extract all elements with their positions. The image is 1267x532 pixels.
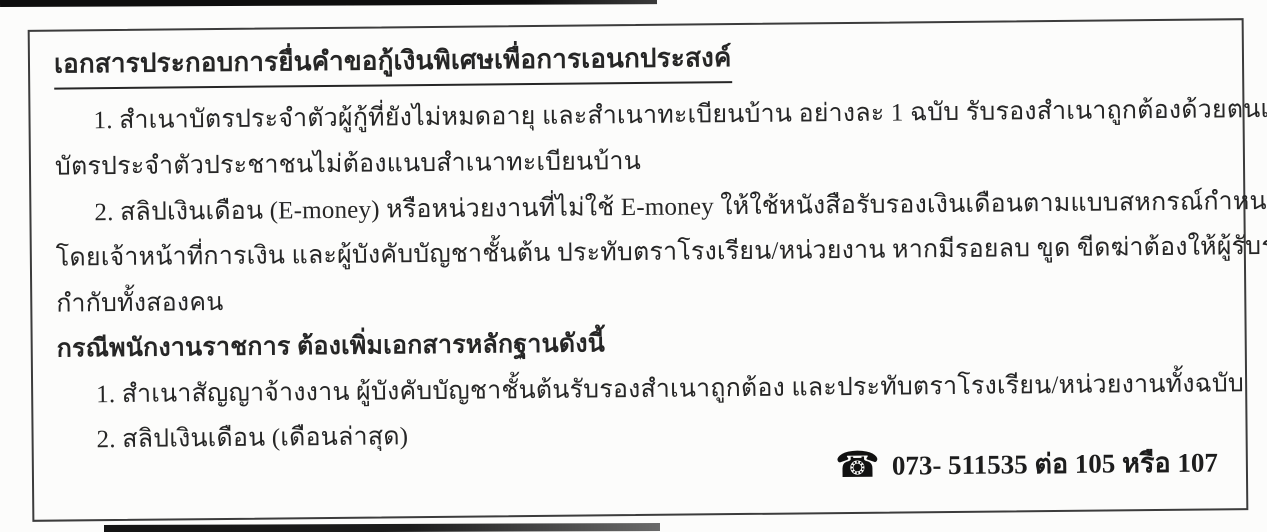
document-border-box: เอกสารประกอบการยื่นคำขอกู้เงินพิเศษเพื่อ… [28, 18, 1249, 522]
contact-phone-number: 073- 511535 ต่อ 105 หรือ 107 [892, 440, 1218, 486]
sub-list-item-2: 2. สลิปเงินเดือน (เดือนล่าสุด) [96, 416, 408, 459]
document-title: เอกสารประกอบการยื่นคำขอกู้เงินพิเศษเพื่อ… [54, 37, 732, 90]
list-item-1-line-1: 1. สำเนาบัตรประจำตัวผู้กู้ที่ยังไม่หมดอา… [93, 88, 1267, 140]
list-item-2-line-1: 2. สลิปเงินเดือน (E-money) หรือหน่วยงานท… [94, 180, 1267, 232]
list-item-2-line-2: โดยเจ้าหน้าที่การเงิน และผู้บังคับบัญชาช… [56, 225, 1267, 278]
scan-edge-artifact-bottom [104, 523, 660, 532]
telephone-icon: ☎ [835, 447, 880, 483]
list-item-2-line-3: กำกับทั้งสองคน [56, 282, 224, 324]
contact-phone-row: ☎ 073- 511535 ต่อ 105 หรือ 107 [835, 440, 1218, 487]
list-item-1-line-2: บัตรประจำตัวประชาชนไม่ต้องแนบสำเนาทะเบีย… [55, 141, 641, 187]
scanned-document-page: เอกสารประกอบการยื่นคำขอกู้เงินพิเศษเพื่อ… [0, 0, 1267, 532]
section-heading-government-employee: กรณีพนักงานราชการ ต้องเพิ่มเอกสารหลักฐาน… [57, 323, 606, 368]
scan-edge-artifact-top [0, 0, 657, 7]
sub-list-item-1: 1. สำเนาสัญญาจ้างงาน ผู้บังคับบัญชาชั้นต… [96, 363, 1244, 414]
